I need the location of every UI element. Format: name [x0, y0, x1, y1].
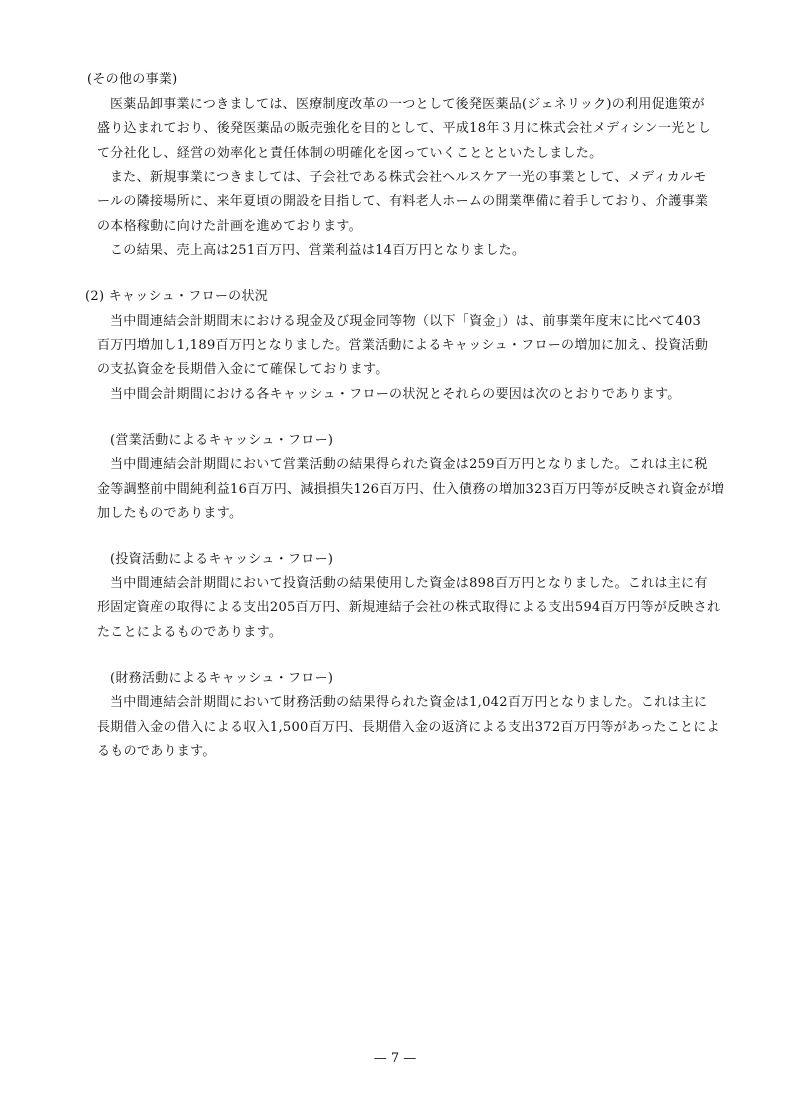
- paragraph-line: また、新規事業につきましては、子会社である株式会社ヘルスケア一光の事業として、メ…: [110, 170, 707, 186]
- section-heading-other-business: (その他の事業): [87, 72, 178, 88]
- paragraph-line: の支払資金を長期借入金にて確保しております。: [97, 362, 389, 378]
- paragraph-line: て分社化し、経営の効率化と責任体制の明確化を図っていくこととといたしました。: [97, 146, 602, 162]
- subheading-investing: (投資活動によるキャッシュ・フロー): [110, 552, 333, 568]
- paragraph-line: 当中間連結会計期間において営業活動の結果得られた資金は259百万円となりました。…: [110, 457, 708, 473]
- paragraph-line: 長期借入金の借入による収入1,500百万円、長期借入金の返済による支出372百万…: [97, 720, 720, 736]
- section-heading-cash-flow: (2) キャッシュ・フローの状況: [85, 289, 268, 305]
- paragraph-line: 盛り込まれており、後発医薬品の販売強化を目的として、平成18年３月に株式会社メデ…: [97, 121, 711, 137]
- paragraph-line: 形固定資産の取得による支出205百万円、新規連結子会社の株式取得による支出594…: [97, 600, 720, 616]
- paragraph-line: るものであります。: [97, 744, 216, 760]
- paragraph-line: 金等調整前中間純利益16百万円、減損損失126百万円、仕入債務の増加323百万円…: [97, 482, 724, 498]
- paragraph-line: たことによるものであります。: [97, 625, 282, 641]
- paragraph-line: 当中間連結会計期間末における現金及び現金同等物（以下「資金」）は、前事業年度末に…: [110, 314, 701, 330]
- paragraph-line: 当中間会計期間における各キャッシュ・フローの状況とそれらの要因は次のとおりであり…: [110, 387, 681, 403]
- paragraph-line: 当中間連結会計期間において投資活動の結果使用した資金は898百万円となりました。…: [110, 576, 708, 592]
- paragraph-line: 百万円増加し1,189百万円となりました。営業活動によるキャッシュ・フローの増加…: [97, 338, 708, 354]
- paragraph-line: この結果、売上高は251百万円、営業利益は14百万円となりました。: [110, 243, 525, 259]
- subheading-operating: (営業活動によるキャッシュ・フロー): [110, 433, 333, 449]
- paragraph-line: の本格稼動に向けた計画を進めております。: [97, 219, 362, 235]
- paragraph-line: ールの隣接場所に、来年夏頃の開設を目指して、有料老人ホームの開業準備に着手してお…: [97, 194, 708, 210]
- paragraph-line: 加したものであります。: [97, 506, 242, 522]
- document-page: (その他の事業) 医薬品卸事業につきましては、医療制度改革の一つとして後発医薬品…: [0, 0, 790, 1118]
- paragraph-line: 医薬品卸事業につきましては、医療制度改革の一つとして後発医薬品(ジェネリック)の…: [110, 97, 705, 113]
- page-number: — 7 —: [0, 1051, 790, 1066]
- paragraph-line: 当中間連結会計期間において財務活動の結果得られた資金は1,042百万円となりまし…: [110, 695, 707, 711]
- subheading-financing: (財務活動によるキャッシュ・フロー): [110, 671, 333, 687]
